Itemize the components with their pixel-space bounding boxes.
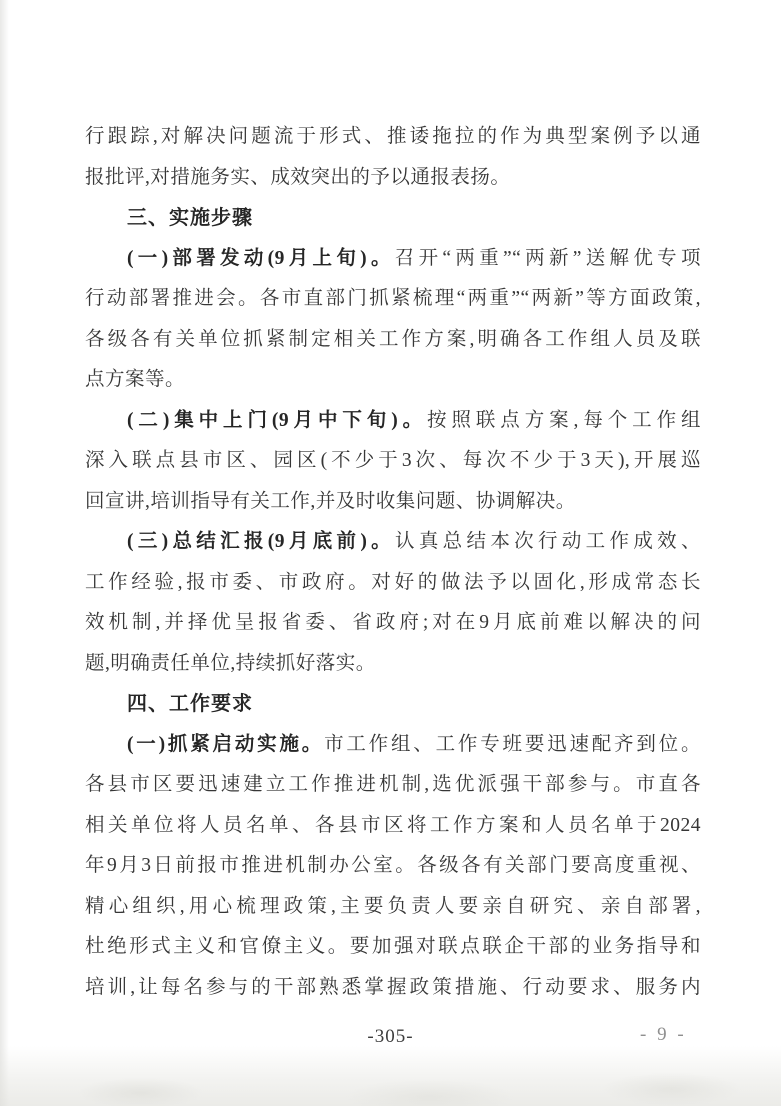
line-text: 认真总结本次行动工作成效、	[395, 531, 701, 552]
text-line: (一)抓紧启动实施。市工作组、工作专班要迅速配齐到位。	[85, 725, 701, 766]
text-line: 杜绝形式主义和官僚主义。要加强对联点联企干部的业务指导和	[85, 927, 701, 968]
line-text: 点方案等。	[85, 369, 185, 390]
line-text: 行动部署推进会。各市直部门抓紧梳理“两重”“两新”等方面政策,	[85, 288, 701, 309]
line-text: 深入联点县市区、园区(不少于3次、每次不少于3天),开展巡	[85, 450, 701, 471]
scan-bottom-noise	[0, 1046, 781, 1106]
text-line: 报批评,对措施务实、成效突出的予以通报表扬。	[85, 158, 701, 199]
line-text: 行跟踪,对解决问题流于形式、推诿拖拉的作为典型案例予以通	[85, 126, 701, 147]
scan-left-edge-shadow	[0, 0, 9, 1106]
text-line: 行动部署推进会。各市直部门抓紧梳理“两重”“两新”等方面政策,	[85, 279, 701, 320]
paragraph-lead-bold: 三、实施步骤	[127, 207, 253, 229]
paragraph-lead-bold: (二)集中上门(9月中下旬)。	[127, 410, 427, 431]
text-line: 点方案等。	[85, 360, 701, 401]
text-line: 题,明确责任单位,持续抓好落实。	[85, 644, 701, 685]
text-line: 回宣讲,培训指导有关工作,并及时收集问题、协调解决。	[85, 482, 701, 523]
scanned-document-page: 行跟踪,对解决问题流于形式、推诿拖拉的作为典型案例予以通报批评,对措施务实、成效…	[0, 0, 781, 1106]
text-line: (二)集中上门(9月中下旬)。按照联点方案,每个工作组	[85, 401, 701, 442]
line-text: 各级各有关单位抓紧制定相关工作方案,明确各工作组人员及联	[85, 329, 701, 350]
line-text: 按照联点方案,每个工作组	[427, 410, 701, 431]
line-text: 各县市区要迅速建立工作推进机制,选优派强干部参与。市直各	[85, 774, 701, 795]
text-line: 精心组织,用心梳理政策,主要负责人要亲自研究、亲自部署,	[85, 887, 701, 928]
line-text: 效机制,并择优呈报省委、省政府;对在9月底前难以解决的问	[85, 612, 701, 633]
paragraph-lead-bold: (三)总结汇报(9月底前)。	[127, 531, 395, 552]
line-text: 培训,让每名参与的干部熟悉掌握政策措施、行动要求、服务内	[85, 977, 701, 998]
line-text: 工作经验,报市委、市政府。对好的做法予以固化,形成常态长	[85, 572, 701, 593]
line-text: 回宣讲,培训指导有关工作,并及时收集问题、协调解决。	[85, 491, 576, 512]
paragraph-lead-bold: (一)抓紧启动实施。	[127, 734, 324, 755]
line-text: 杜绝形式主义和官僚主义。要加强对联点联企干部的业务指导和	[85, 936, 701, 957]
text-line: 年9月3日前报市推进机制办公室。各级各有关部门要高度重视、	[85, 846, 701, 887]
line-text: 精心组织,用心梳理政策,主要负责人要亲自研究、亲自部署,	[85, 896, 701, 917]
document-body: 行跟踪,对解决问题流于形式、推诿拖拉的作为典型案例予以通报批评,对措施务实、成效…	[85, 117, 701, 1008]
text-line: 效机制,并择优呈报省委、省政府;对在9月底前难以解决的问	[85, 603, 701, 644]
text-line: (三)总结汇报(9月底前)。认真总结本次行动工作成效、	[85, 522, 701, 563]
line-text: 报批评,对措施务实、成效突出的予以通报表扬。	[85, 167, 510, 188]
line-text: 召开“两重”“两新”送解优专项	[395, 248, 701, 269]
section-heading: 三、实施步骤	[85, 198, 701, 239]
line-text: 相关单位将人员名单、各县市区将工作方案和人员名单于2024	[85, 815, 701, 836]
line-text: 市工作组、工作专班要迅速配齐到位。	[324, 734, 701, 755]
line-text: 年9月3日前报市推进机制办公室。各级各有关部门要高度重视、	[85, 855, 701, 876]
text-line: 各县市区要迅速建立工作推进机制,选优派强干部参与。市直各	[85, 765, 701, 806]
text-line: 工作经验,报市委、市政府。对好的做法予以固化,形成常态长	[85, 563, 701, 604]
paragraph-lead-bold: (一)部署发动(9月上旬)。	[127, 248, 395, 269]
text-line: 深入联点县市区、园区(不少于3次、每次不少于3天),开展巡	[85, 441, 701, 482]
line-text: 题,明确责任单位,持续抓好落实。	[85, 653, 376, 674]
section-heading: 四、工作要求	[85, 684, 701, 725]
text-line: 相关单位将人员名单、各县市区将工作方案和人员名单于2024	[85, 806, 701, 847]
text-line: (一)部署发动(9月上旬)。召开“两重”“两新”送解优专项	[85, 239, 701, 280]
doc-page-number: - 9 -	[640, 1022, 687, 1048]
paragraph-lead-bold: 四、工作要求	[127, 693, 253, 715]
text-line: 各级各有关单位抓紧制定相关工作方案,明确各工作组人员及联	[85, 320, 701, 361]
text-line: 行跟踪,对解决问题流于形式、推诿拖拉的作为典型案例予以通	[85, 117, 701, 158]
text-line: 培训,让每名参与的干部熟悉掌握政策措施、行动要求、服务内	[85, 968, 701, 1009]
